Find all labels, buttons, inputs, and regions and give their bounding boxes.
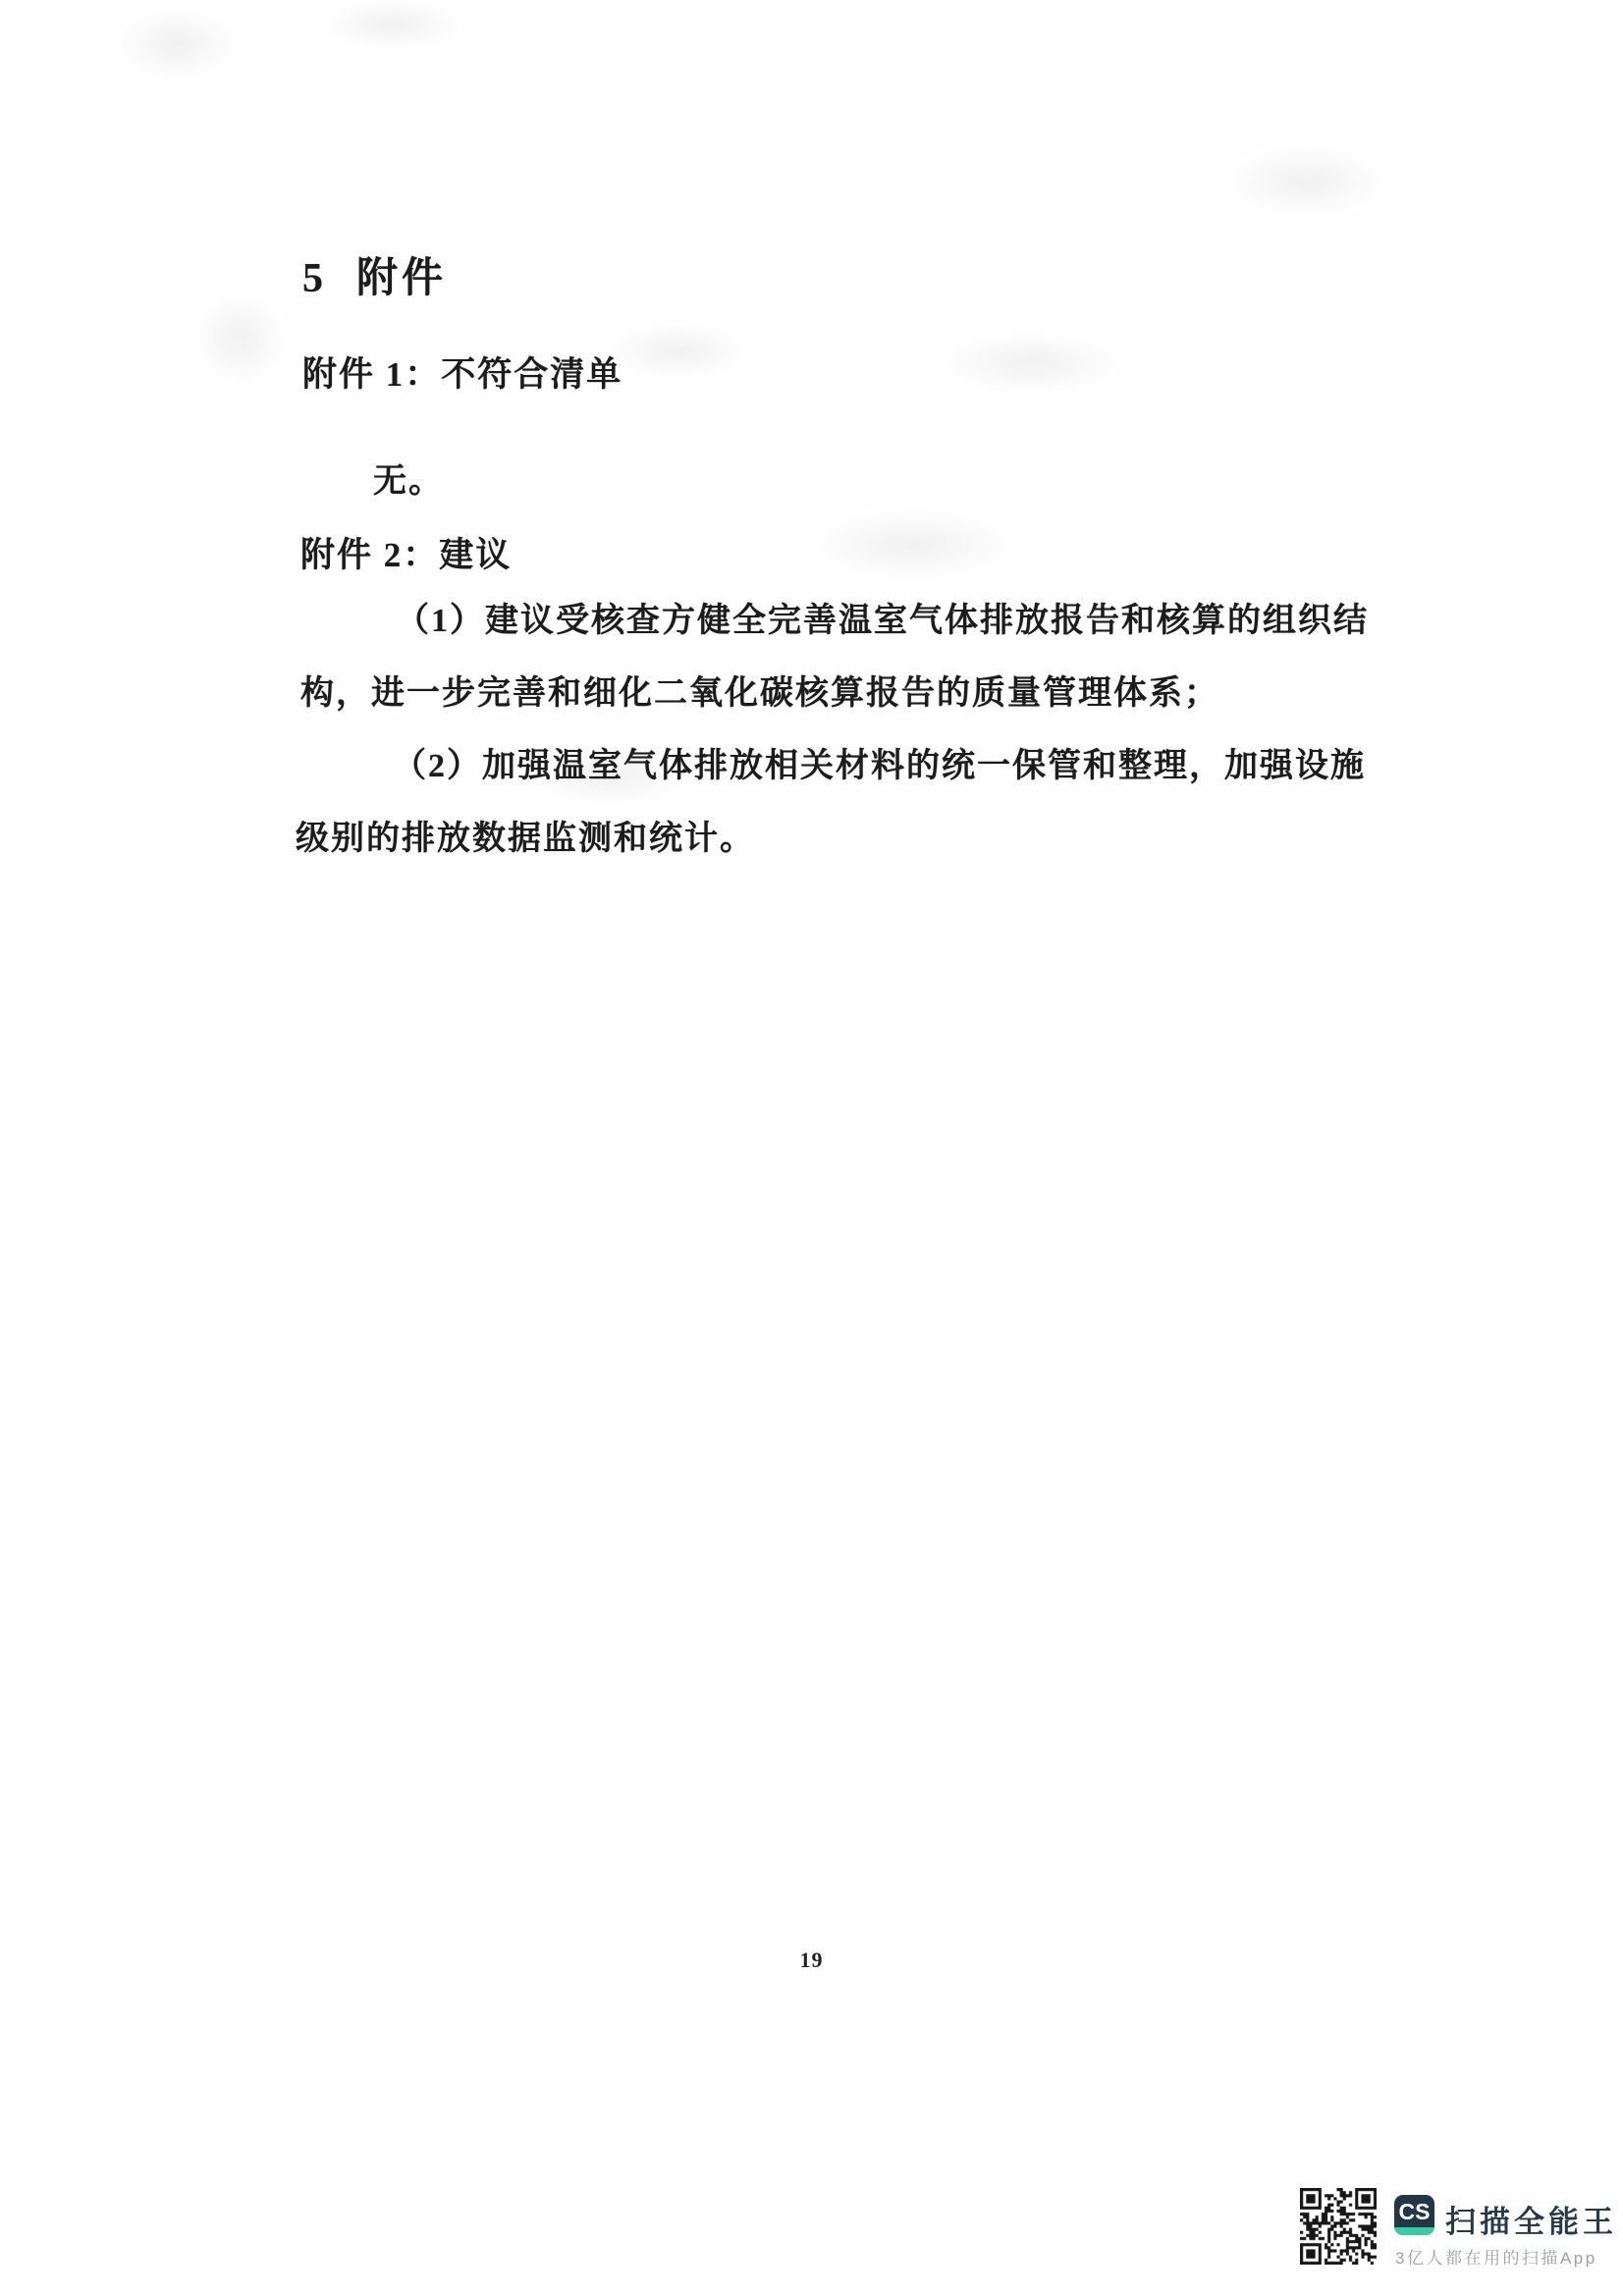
scan-smudge xyxy=(943,334,1119,393)
section-heading: 5附件 xyxy=(302,245,447,304)
scan-smudge xyxy=(1227,147,1384,216)
scan-smudge xyxy=(815,510,1011,579)
scanner-app-logo-icon: CS xyxy=(1394,2195,1434,2235)
scanned-document-page: 5附件 附件 1：不符合清单 无。 附件 2：建议 （1）建议受核查方健全完善温… xyxy=(0,0,1623,2296)
attachment2-paragraph1-line2: 构，进一步完善和细化二氧化碳核算报告的质量管理体系； xyxy=(300,666,1219,714)
page-number: 19 xyxy=(800,1948,824,1973)
scan-smudge xyxy=(196,294,285,383)
attachment1-heading: 附件 1：不符合清单 xyxy=(302,347,622,397)
scan-smudge xyxy=(609,324,746,378)
scanner-app-name: 扫描全能王 xyxy=(1445,2197,1617,2241)
attachment2-paragraph2-line1: （2）加强温室气体排放相关材料的统一保管和整理，加强设施 xyxy=(393,738,1366,786)
attachment2-heading: 附件 2：建议 xyxy=(300,528,512,577)
section-title: 附件 xyxy=(356,256,447,301)
scan-smudge xyxy=(118,10,236,79)
qr-code xyxy=(1300,2188,1377,2265)
scan-smudge xyxy=(324,0,461,49)
scanner-app-tagline: 3亿人都在用的扫描App xyxy=(1395,2244,1597,2269)
attachment2-paragraph1-line1: （1）建议受核查方健全完善温室气体排放报告和核算的组织结 xyxy=(396,593,1369,641)
attachment1-body: 无。 xyxy=(373,454,444,502)
attachment2-paragraph2-line2: 级别的排放数据监测和统计。 xyxy=(296,811,755,859)
scanner-app-watermark: CS 扫描全能王 3亿人都在用的扫描App xyxy=(1298,2183,1593,2276)
section-number: 5 xyxy=(302,255,327,302)
scanner-app-logo-strip xyxy=(1394,2227,1434,2235)
scanner-app-logo-text: CS xyxy=(1394,2196,1434,2228)
